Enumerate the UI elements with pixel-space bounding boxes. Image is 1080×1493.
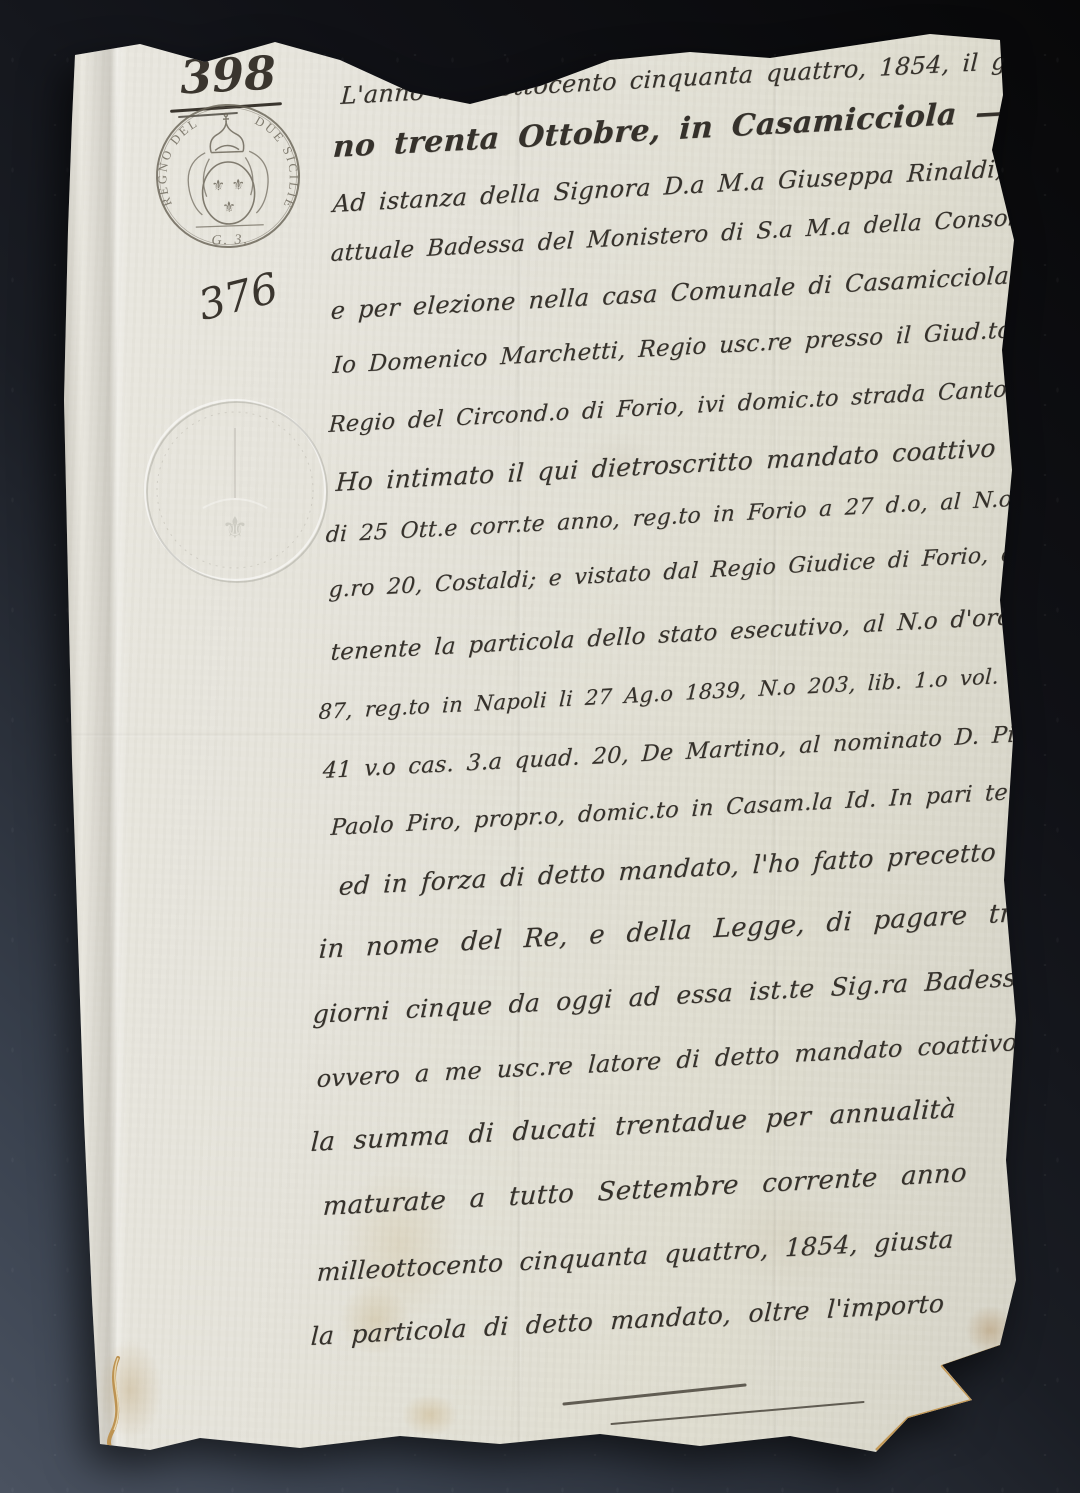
- left-fold-crease: [62, 0, 128, 1493]
- stamp-border-circle: [155, 103, 302, 250]
- fleur-de-lis-icon: ⚜: [231, 175, 245, 193]
- fleur-de-lis-icon: ⚜: [222, 198, 236, 216]
- stain: [390, 1385, 470, 1445]
- embossed-seal: ⚜: [133, 388, 338, 593]
- embossed-fleur-icon: ⚜: [222, 511, 249, 546]
- stamp-arc-text-right: DUE SICILIE: [252, 112, 302, 213]
- document-page: 398 REGNO DELLE DUE SICILIE: [0, 0, 1080, 1493]
- torn-thread: [92, 1352, 172, 1472]
- svg-text:REGNO DELLE: REGNO DELLE: [145, 85, 204, 209]
- paper-shadow-wrap: 398 REGNO DELLE DUE SICILIE: [0, 0, 1080, 1493]
- crown-icon: [209, 113, 244, 153]
- stamp-value-text: G. 3.: [211, 232, 249, 248]
- fleur-de-lis-icon: ⚜: [211, 176, 225, 194]
- stamp-arc-text-left: REGNO DELLE: [145, 85, 204, 209]
- photo-scene: { "document": { "folio_top": "398", "fol…: [0, 0, 1080, 1493]
- svg-text:DUE SICILIE: DUE SICILIE: [252, 112, 302, 213]
- revenue-stamp: REGNO DELLE DUE SICILIE: [145, 85, 311, 266]
- corner-tear: [860, 1318, 1020, 1458]
